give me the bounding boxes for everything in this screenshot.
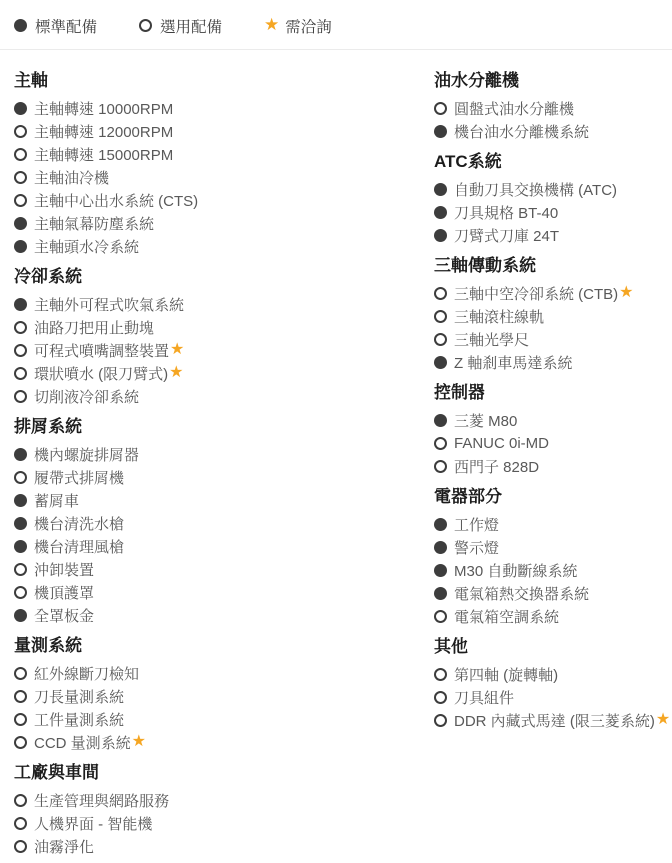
open-circle-icon <box>14 667 27 680</box>
spec-section: 排屑系統機內螺旋排屑器履帶式排屑機蓄屑車機台清洗水槍機台清理風槍沖卸裝置機頂護罩… <box>14 416 434 627</box>
filled-circle-icon <box>434 125 447 138</box>
filled-circle-icon <box>434 183 447 196</box>
spec-item: 自動刀具交換機構 (ATC) <box>434 178 672 201</box>
spec-item: 三軸滾柱線軌 <box>434 305 672 328</box>
legend-optional: 選用配備 <box>139 15 222 37</box>
section-title: 工廠與車間 <box>14 762 434 784</box>
spec-section: ATC系統自動刀具交換機構 (ATC)刀具規格 BT-40刀臂式刀庫 24T <box>434 151 672 247</box>
section-title: 量測系統 <box>14 635 434 657</box>
spec-item-label: 警示燈 <box>454 537 499 558</box>
open-circle-icon <box>14 690 27 703</box>
section-title: 三軸傳動系統 <box>434 255 672 277</box>
spec-section: 三軸傳動系統三軸中空冷卻系統 (CTB)★三軸滾柱線軌三軸光學尺Z 軸剎車馬達系… <box>434 255 672 374</box>
spec-section: 控制器三菱 M80FANUC 0i-MD西門子 828D <box>434 382 672 478</box>
spec-item: 西門子 828D <box>434 455 672 478</box>
star-icon: ★ <box>264 16 279 33</box>
filled-circle-icon <box>434 587 447 600</box>
spec-section: 冷卻系統主軸外可程式吹氣系統油路刀把用止動塊可程式噴嘴調整裝置★環狀噴水 (限刀… <box>14 266 434 408</box>
spec-item-label: 三軸滾柱線軌 <box>454 306 544 327</box>
spec-item-label: 全罩板金 <box>34 605 94 626</box>
spec-item-label: DDR 內藏式馬達 (限三菱系統) <box>454 710 655 731</box>
spec-item-label: 履帶式排屑機 <box>34 467 124 488</box>
spec-item: 機台清理風槍 <box>14 535 434 558</box>
spec-item-label: 機頂護罩 <box>34 582 94 603</box>
filled-circle-icon <box>434 414 447 427</box>
equipment-spec-list: 主軸主軸轉速 10000RPM主軸轉速 12000RPM主軸轉速 15000RP… <box>0 50 672 863</box>
spec-item-label: 沖卸裝置 <box>34 559 94 580</box>
open-circle-icon <box>434 610 447 623</box>
legend-standard-label: 標準配備 <box>35 15 97 37</box>
filled-circle-icon <box>434 356 447 369</box>
spec-section: 工廠與車間生產管理與網路服務人機界面 - 智能機油霧淨化 <box>14 762 434 858</box>
spec-item: 主軸轉速 12000RPM <box>14 120 434 143</box>
spec-item-label: 三軸光學尺 <box>454 329 529 350</box>
spec-item-label: 刀具規格 BT-40 <box>454 202 558 223</box>
section-title: 電器部分 <box>434 486 672 508</box>
spec-section: 主軸主軸轉速 10000RPM主軸轉速 12000RPM主軸轉速 15000RP… <box>14 70 434 258</box>
spec-item: DDR 內藏式馬達 (限三菱系統)★ <box>434 709 672 732</box>
open-circle-icon <box>14 148 27 161</box>
spec-item-label: CCD 量測系統 <box>34 732 131 753</box>
spec-item-label: 環狀噴水 (限刀臂式) <box>34 363 168 384</box>
filled-circle-icon <box>14 448 27 461</box>
spec-column-right: 油水分離機圓盤式油水分離機機台油水分離機系統ATC系統自動刀具交換機構 (ATC… <box>434 70 672 863</box>
spec-item: 刀長量測系統 <box>14 685 434 708</box>
open-circle-icon <box>14 471 27 484</box>
spec-item: 三軸中空冷卻系統 (CTB)★ <box>434 282 672 305</box>
spec-item: 工作燈 <box>434 513 672 536</box>
legend-inquiry: ★ 需洽詢 <box>264 15 332 37</box>
spec-item: 機內螺旋排屑器 <box>14 443 434 466</box>
spec-item: 油霧淨化 <box>14 835 434 858</box>
spec-item-label: 三菱 M80 <box>454 410 517 431</box>
spec-item-label: 電氣箱熱交換器系統 <box>454 583 589 604</box>
legend-inquiry-label: 需洽詢 <box>285 15 332 37</box>
spec-item-list: 圓盤式油水分離機機台油水分離機系統 <box>434 97 672 143</box>
spec-item-label: 油霧淨化 <box>34 836 94 857</box>
spec-section: 油水分離機圓盤式油水分離機機台油水分離機系統 <box>434 70 672 143</box>
spec-item: 刀具組件 <box>434 686 672 709</box>
spec-item-list: 三菱 M80FANUC 0i-MD西門子 828D <box>434 409 672 478</box>
spec-item: 環狀噴水 (限刀臂式)★ <box>14 362 434 385</box>
spec-item: 切削液冷卻系統 <box>14 385 434 408</box>
section-title: ATC系統 <box>434 151 672 173</box>
filled-circle-icon <box>14 298 27 311</box>
spec-item-list: 紅外線斷刀檢知刀長量測系統工件量測系統CCD 量測系統★ <box>14 662 434 754</box>
open-circle-icon <box>14 840 27 853</box>
spec-item: 三軸光學尺 <box>434 328 672 351</box>
spec-item: 警示燈 <box>434 536 672 559</box>
filled-circle-icon <box>14 609 27 622</box>
filled-circle-icon <box>14 240 27 253</box>
spec-item-label: 自動刀具交換機構 (ATC) <box>454 179 617 200</box>
spec-item: 主軸中心出水系統 (CTS) <box>14 189 434 212</box>
spec-item: CCD 量測系統★ <box>14 731 434 754</box>
spec-item-label: 機台清理風槍 <box>34 536 124 557</box>
spec-item-label: 西門子 828D <box>454 456 539 477</box>
spec-item-label: 工作燈 <box>454 514 499 535</box>
spec-item-label: Z 軸剎車馬達系統 <box>454 352 572 373</box>
spec-item: 圓盤式油水分離機 <box>434 97 672 120</box>
star-icon: ★ <box>169 365 183 381</box>
spec-item: 紅外線斷刀檢知 <box>14 662 434 685</box>
open-circle-icon <box>139 19 152 32</box>
open-circle-icon <box>434 437 447 450</box>
spec-section: 電器部分工作燈警示燈M30 自動斷線系統電氣箱熱交換器系統電氣箱空調系統 <box>434 486 672 628</box>
spec-item: 電氣箱熱交換器系統 <box>434 582 672 605</box>
open-circle-icon <box>14 794 27 807</box>
spec-item: 電氣箱空調系統 <box>434 605 672 628</box>
spec-item-label: 機內螺旋排屑器 <box>34 444 139 465</box>
spec-item: 主軸頭水冷系統 <box>14 235 434 258</box>
spec-item: 機台清洗水槍 <box>14 512 434 535</box>
spec-item-label: 工件量測系統 <box>34 709 124 730</box>
spec-item-label: 油路刀把用止動塊 <box>34 317 154 338</box>
spec-item: 主軸油冷機 <box>14 166 434 189</box>
spec-item-label: 主軸轉速 12000RPM <box>34 121 173 142</box>
spec-item-label: 主軸外可程式吹氣系統 <box>34 294 184 315</box>
spec-item-label: 三軸中空冷卻系統 (CTB) <box>454 283 618 304</box>
spec-item: 生產管理與網路服務 <box>14 789 434 812</box>
open-circle-icon <box>14 125 27 138</box>
open-circle-icon <box>14 171 27 184</box>
spec-item-label: 人機界面 - 智能機 <box>34 813 152 834</box>
spec-item-list: 工作燈警示燈M30 自動斷線系統電氣箱熱交換器系統電氣箱空調系統 <box>434 513 672 628</box>
spec-item-label: 切削液冷卻系統 <box>34 386 139 407</box>
spec-item-list: 主軸轉速 10000RPM主軸轉速 12000RPM主軸轉速 15000RPM主… <box>14 97 434 258</box>
star-icon: ★ <box>656 712 670 728</box>
spec-item-label: 刀具組件 <box>454 687 514 708</box>
spec-column-left: 主軸主軸轉速 10000RPM主軸轉速 12000RPM主軸轉速 15000RP… <box>14 70 434 863</box>
filled-circle-icon <box>14 494 27 507</box>
spec-item: 全罩板金 <box>14 604 434 627</box>
open-circle-icon <box>434 691 447 704</box>
spec-item: 機頂護罩 <box>14 581 434 604</box>
filled-circle-icon <box>14 540 27 553</box>
spec-item-label: 主軸油冷機 <box>34 167 109 188</box>
spec-item: Z 軸剎車馬達系統 <box>434 351 672 374</box>
legend-optional-label: 選用配備 <box>160 15 222 37</box>
spec-item-label: 紅外線斷刀檢知 <box>34 663 139 684</box>
spec-item: 刀臂式刀庫 24T <box>434 224 672 247</box>
open-circle-icon <box>434 287 447 300</box>
spec-item-label: 電氣箱空調系統 <box>454 606 559 627</box>
spec-item: M30 自動斷線系統 <box>434 559 672 582</box>
spec-item-label: 主軸中心出水系統 (CTS) <box>34 190 198 211</box>
spec-item: 第四軸 (旋轉軸) <box>434 663 672 686</box>
spec-item-label: 蓄屑車 <box>34 490 79 511</box>
spec-item-label: 主軸轉速 15000RPM <box>34 144 173 165</box>
open-circle-icon <box>14 194 27 207</box>
filled-circle-icon <box>14 102 27 115</box>
spec-item-label: 機台清洗水槍 <box>34 513 124 534</box>
spec-item-label: 主軸頭水冷系統 <box>34 236 139 257</box>
open-circle-icon <box>434 668 447 681</box>
spec-item: 主軸外可程式吹氣系統 <box>14 293 434 316</box>
spec-item: 主軸轉速 15000RPM <box>14 143 434 166</box>
spec-item-list: 生產管理與網路服務人機界面 - 智能機油霧淨化 <box>14 789 434 858</box>
spec-item: 主軸氣幕防塵系統 <box>14 212 434 235</box>
open-circle-icon <box>434 310 447 323</box>
open-circle-icon <box>14 713 27 726</box>
spec-item-label: 刀長量測系統 <box>34 686 124 707</box>
spec-item: 人機界面 - 智能機 <box>14 812 434 835</box>
spec-item: 履帶式排屑機 <box>14 466 434 489</box>
open-circle-icon <box>14 367 27 380</box>
filled-circle-icon <box>434 229 447 242</box>
open-circle-icon <box>14 344 27 357</box>
spec-item-label: 生產管理與網路服務 <box>34 790 169 811</box>
open-circle-icon <box>14 563 27 576</box>
spec-item: 主軸轉速 10000RPM <box>14 97 434 120</box>
spec-item: 蓄屑車 <box>14 489 434 512</box>
filled-circle-icon <box>434 518 447 531</box>
spec-section: 量測系統紅外線斷刀檢知刀長量測系統工件量測系統CCD 量測系統★ <box>14 635 434 754</box>
open-circle-icon <box>14 736 27 749</box>
filled-circle-icon <box>14 217 27 230</box>
spec-item-label: 主軸轉速 10000RPM <box>34 98 173 119</box>
filled-circle-icon <box>14 517 27 530</box>
open-circle-icon <box>14 321 27 334</box>
open-circle-icon <box>434 460 447 473</box>
spec-item-label: 第四軸 (旋轉軸) <box>454 664 558 685</box>
spec-item-label: 可程式噴嘴調整裝置 <box>34 340 169 361</box>
spec-item: FANUC 0i-MD <box>434 432 672 455</box>
section-title: 主軸 <box>14 70 434 92</box>
spec-item-list: 第四軸 (旋轉軸)刀具組件DDR 內藏式馬達 (限三菱系統)★ <box>434 663 672 732</box>
open-circle-icon <box>14 390 27 403</box>
spec-item: 油路刀把用止動塊 <box>14 316 434 339</box>
filled-circle-icon <box>434 564 447 577</box>
open-circle-icon <box>434 333 447 346</box>
star-icon: ★ <box>132 734 146 750</box>
spec-item-label: 圓盤式油水分離機 <box>454 98 574 119</box>
filled-circle-icon <box>434 206 447 219</box>
spec-item: 三菱 M80 <box>434 409 672 432</box>
section-title: 油水分離機 <box>434 70 672 92</box>
star-icon: ★ <box>170 342 184 358</box>
section-title: 控制器 <box>434 382 672 404</box>
open-circle-icon <box>434 714 447 727</box>
spec-item-list: 三軸中空冷卻系統 (CTB)★三軸滾柱線軌三軸光學尺Z 軸剎車馬達系統 <box>434 282 672 374</box>
open-circle-icon <box>14 817 27 830</box>
spec-item: 工件量測系統 <box>14 708 434 731</box>
spec-item: 刀具規格 BT-40 <box>434 201 672 224</box>
open-circle-icon <box>14 586 27 599</box>
open-circle-icon <box>434 102 447 115</box>
legend-bar: 標準配備 選用配備 ★ 需洽詢 <box>0 0 672 50</box>
section-title: 冷卻系統 <box>14 266 434 288</box>
spec-item-list: 主軸外可程式吹氣系統油路刀把用止動塊可程式噴嘴調整裝置★環狀噴水 (限刀臂式)★… <box>14 293 434 408</box>
spec-item-label: 主軸氣幕防塵系統 <box>34 213 154 234</box>
section-title: 其他 <box>434 636 672 658</box>
spec-item: 機台油水分離機系統 <box>434 120 672 143</box>
filled-circle-icon <box>434 541 447 554</box>
spec-item-list: 機內螺旋排屑器履帶式排屑機蓄屑車機台清洗水槍機台清理風槍沖卸裝置機頂護罩全罩板金 <box>14 443 434 627</box>
legend-standard: 標準配備 <box>14 15 97 37</box>
spec-item-list: 自動刀具交換機構 (ATC)刀具規格 BT-40刀臂式刀庫 24T <box>434 178 672 247</box>
spec-item-label: FANUC 0i-MD <box>454 435 549 452</box>
spec-item: 可程式噴嘴調整裝置★ <box>14 339 434 362</box>
spec-item-label: 機台油水分離機系統 <box>454 121 589 142</box>
filled-circle-icon <box>14 19 27 32</box>
section-title: 排屑系統 <box>14 416 434 438</box>
spec-item: 沖卸裝置 <box>14 558 434 581</box>
spec-item-label: 刀臂式刀庫 24T <box>454 225 559 246</box>
star-icon: ★ <box>619 285 633 301</box>
spec-section: 其他第四軸 (旋轉軸)刀具組件DDR 內藏式馬達 (限三菱系統)★ <box>434 636 672 732</box>
spec-item-label: M30 自動斷線系統 <box>454 560 577 581</box>
